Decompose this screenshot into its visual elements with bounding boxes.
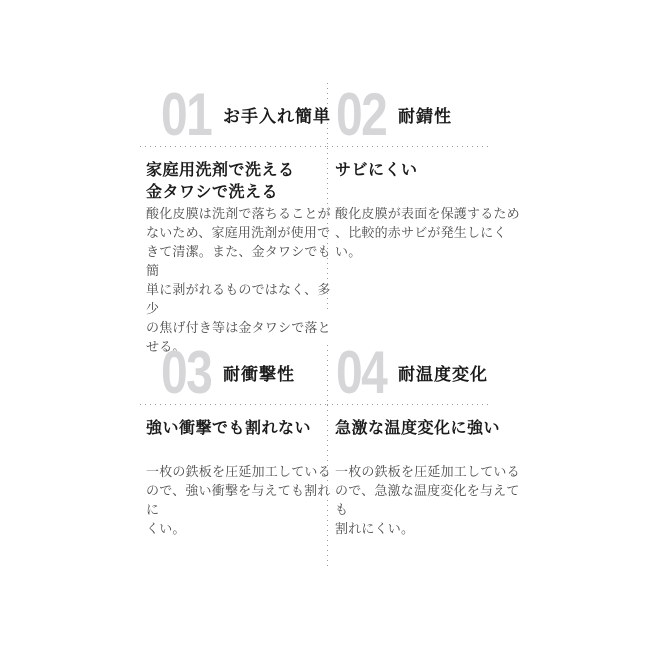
feature-title-03: 耐衝撃性	[223, 360, 295, 385]
feature-number-01: 01	[161, 85, 204, 145]
feature-number-03: 03	[161, 343, 204, 403]
column-divider-dotted-line-row2	[327, 345, 328, 567]
feature-subtitle-04: 急激な温度変化に強い	[327, 418, 527, 462]
feature-card-03: 03 耐衝撃性 強い衝撃でも割れない 一枚の鉄板を圧延加工している ので、強い衝…	[140, 341, 340, 538]
feature-subtitle-03: 強い衝撃でも割れない	[140, 418, 340, 462]
feature-subtitle-01: 家庭用洗剤で洗える 金タワシで洗える	[140, 160, 340, 204]
feature-card-01: 01 お手入れ簡単 家庭用洗剤で洗える 金タワシで洗える 酸化皮膜は洗剤で落ちる…	[140, 83, 340, 356]
column-divider-dotted-line-row1	[327, 83, 328, 309]
feature-header-02: 02 耐錆性	[327, 83, 527, 146]
feature-grid: 01 お手入れ簡単 家庭用洗剤で洗える 金タワシで洗える 酸化皮膜は洗剤で落ちる…	[0, 0, 650, 650]
feature-title-01: お手入れ簡単	[223, 102, 331, 127]
feature-header-04: 04 耐温度変化	[327, 341, 527, 404]
feature-body-03: 一枚の鉄板を圧延加工している ので、強い衝撃を与えても割れに くい。	[140, 462, 340, 538]
feature-card-04: 04 耐温度変化 急激な温度変化に強い 一枚の鉄板を圧延加工している ので、急激…	[327, 341, 527, 538]
feature-title-04: 耐温度変化	[398, 360, 488, 385]
feature-number-02: 02	[336, 85, 379, 145]
feature-title-02: 耐錆性	[398, 102, 452, 127]
feature-header-03: 03 耐衝撃性	[140, 341, 340, 404]
feature-body-02: 酸化皮膜が表面を保護するため 、比較的赤サビが発生しにくい。	[327, 204, 527, 261]
feature-number-04: 04	[336, 343, 379, 403]
feature-body-01: 酸化皮膜は洗剤で落ちることが ないため、家庭用洗剤が使用で きて清潔。また、金タ…	[140, 204, 340, 356]
feature-header-01: 01 お手入れ簡単	[140, 83, 340, 146]
feature-card-02: 02 耐錆性 サビにくい 酸化皮膜が表面を保護するため 、比較的赤サビが発生しに…	[327, 83, 527, 261]
feature-subtitle-02: サビにくい	[327, 160, 527, 204]
feature-body-04: 一枚の鉄板を圧延加工している ので、急激な温度変化を与えても 割れにくい。	[327, 462, 527, 538]
